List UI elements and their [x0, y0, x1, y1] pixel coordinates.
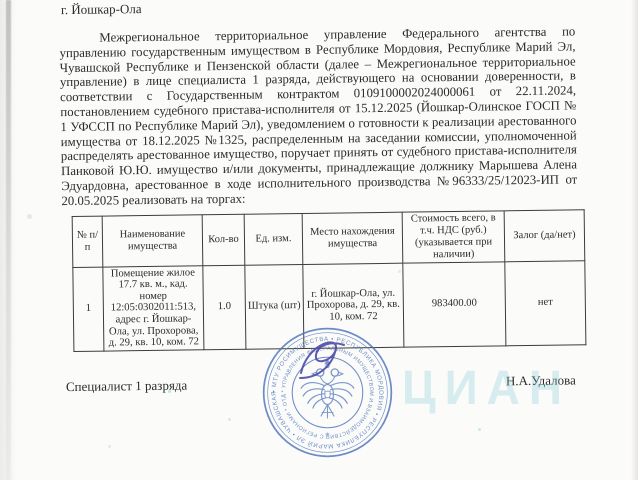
- watermark-text: ЦИАН: [402, 359, 571, 416]
- scanned-document-page: г. Йошкар-Ола Межрегиональное территориа…: [0, 0, 638, 480]
- col-header-location: Место нахождения имущества: [302, 212, 403, 264]
- col-header-pledge: Залог (да/нет): [504, 209, 585, 261]
- table-header-row: № п/п Наименование имущества Кол-во Ед. …: [72, 209, 585, 267]
- scan-edge-right: [631, 0, 638, 480]
- city-line: г. Йошкар-Ола: [61, 0, 579, 18]
- col-header-unit: Ед. изм.: [244, 213, 303, 265]
- cell-number: 1: [73, 267, 104, 352]
- stamp-star-icon: *: [325, 432, 330, 442]
- body-paragraph: Межрегиональное территориальное управлен…: [59, 24, 577, 208]
- cell-quantity: 1.0: [203, 265, 246, 350]
- cell-property-name: Помещение жилое 17.7 кв. м., кад. номер …: [103, 265, 204, 350]
- col-header-property-name: Наименование имущества: [102, 214, 203, 266]
- scan-edge-line: [6, 0, 11, 480]
- cell-pledge: нет: [505, 260, 586, 345]
- handwritten-signature: [287, 333, 371, 387]
- signatory-position: Специалист 1 разряда: [66, 377, 188, 395]
- col-header-number: № п/п: [72, 216, 103, 267]
- col-header-cost: Стоимость всего, в т.ч. НДС (руб.) (указ…: [402, 210, 505, 262]
- cell-cost: 983400.00: [403, 261, 506, 346]
- col-header-quantity: Кол-во: [202, 214, 245, 266]
